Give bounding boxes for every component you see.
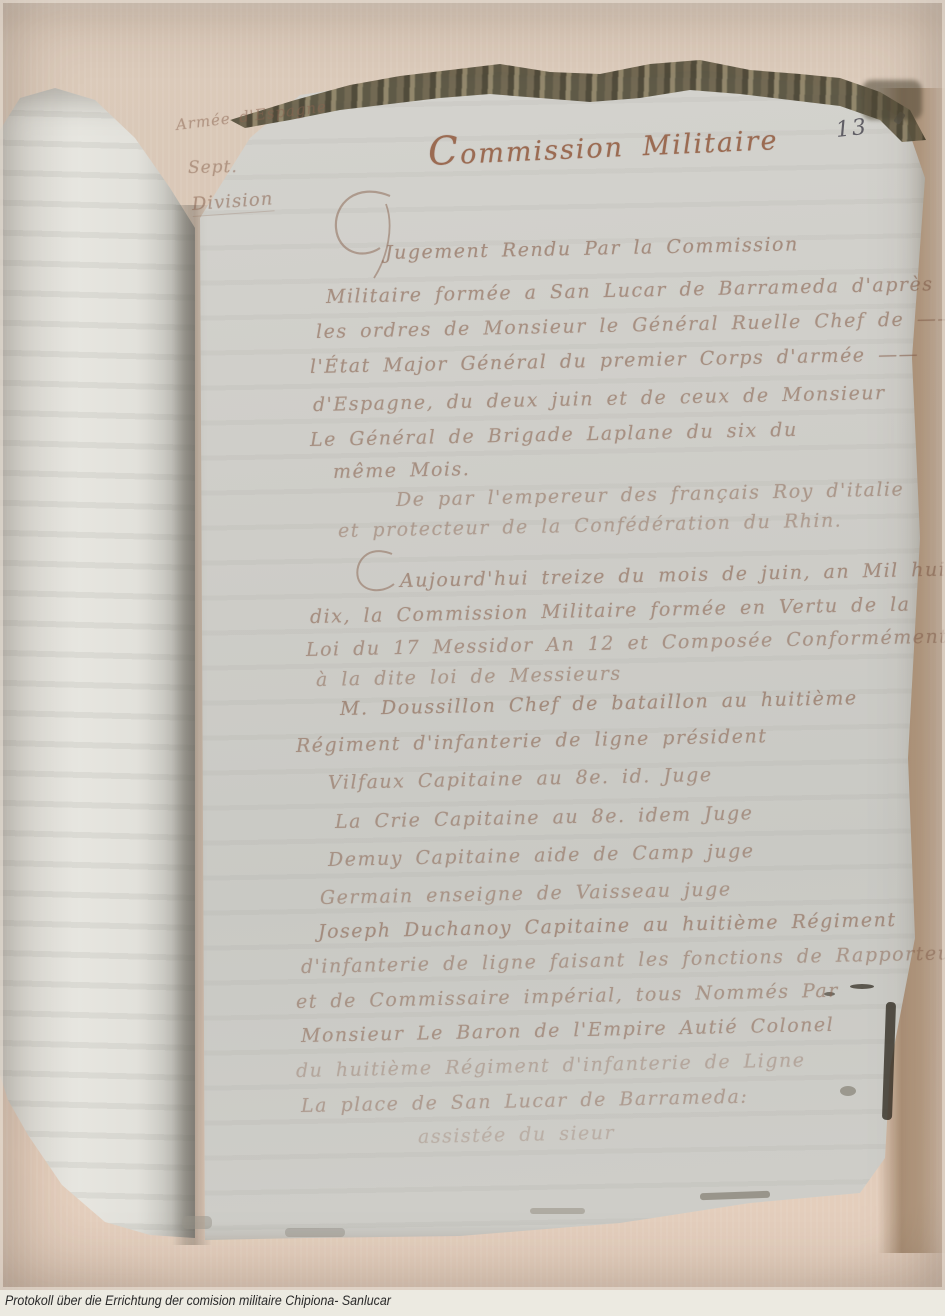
page-stain [530, 1208, 585, 1214]
margin-note: Sept. [188, 157, 238, 178]
pen-flourish [352, 546, 400, 596]
page-stain [285, 1228, 345, 1237]
page-stain [840, 1086, 856, 1096]
caption-text: Protokoll über die Errichtung der comisi… [5, 1293, 391, 1308]
left-page [0, 85, 195, 1250]
manuscript-line: assistée du sieur [418, 1122, 616, 1148]
archival-photo-view: Commission Militaire 13 Armée d'Espagne … [0, 0, 945, 1316]
caption-bar: Protokoll über die Errichtung der comisi… [0, 1290, 945, 1316]
page-stain [850, 984, 874, 989]
page-stain [182, 1216, 212, 1229]
pen-flourish [328, 186, 408, 281]
manuscript-line: même Mois. [333, 458, 471, 483]
manuscript-photo: Commission Militaire 13 Armée d'Espagne … [0, 0, 945, 1290]
page-number: 13 [835, 115, 869, 143]
page-stain [862, 80, 922, 120]
